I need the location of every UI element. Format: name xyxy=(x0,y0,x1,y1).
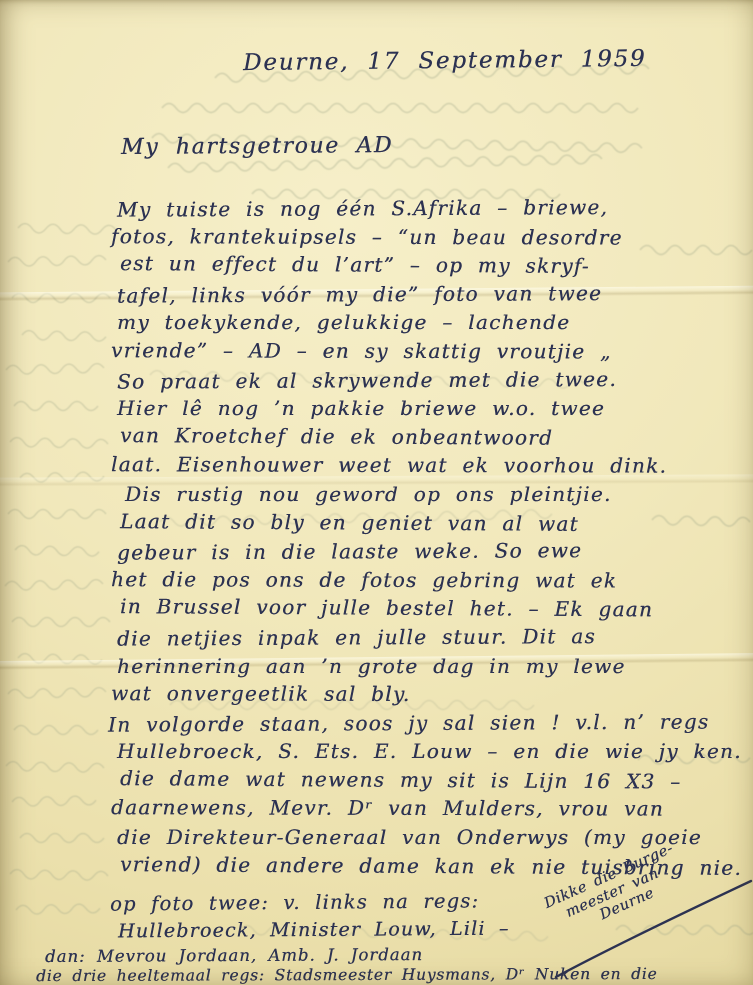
handwriting-line: So praat ek al skrywende met die twee. xyxy=(117,364,742,396)
photo-two-names-line: Hullebroeck, Minister Louw, Lili – xyxy=(118,918,510,943)
handwriting-line: die Direkteur-Generaal van Onderwys (my … xyxy=(117,823,742,852)
handwriting-line: gebeur is in die laaste weke. So ewe xyxy=(117,535,742,567)
handwriting-line: Hier lê nog ’n pakkie briewe w.o. twee xyxy=(117,394,742,423)
photo-two-names-line: dan: Mevrou Jordaan, Amb. J. Jordaan xyxy=(45,945,423,966)
handwriting-line: daarnewens, Mevr. Dʳ van Mulders, vrou v… xyxy=(111,794,742,824)
photo-two-heading: op foto twee: v. links na regs: xyxy=(110,889,479,915)
handwriting-line: herinnering aan ’n grote dag in my lewe xyxy=(117,652,742,681)
handwriting-line: het die pos ons de fotos gebring wat ek xyxy=(111,565,742,595)
letter-salutation: My hartsgetroue AD xyxy=(121,133,393,160)
handwriting-line: fotos, krantekuipsels – “un beau desordr… xyxy=(111,222,742,252)
handwriting-line: van Kroetchef die ek onbeantwoord xyxy=(120,421,742,453)
handwriting-line: est un effect du l’art” – op my skryf- xyxy=(120,249,742,281)
handwriting-line: Dis rustig nou geword op ons pleintjie. xyxy=(125,480,742,509)
handwriting-line: my toekykende, gelukkige – lachende xyxy=(117,308,742,337)
letter-body: My tuiste is nog één S.Afrika – briewe,f… xyxy=(117,194,742,880)
handwriting-line: In volgorde staan, soos jy sal sien ! v.… xyxy=(108,707,742,739)
handwriting-line: die dame wat newens my sit is Lijn 16 X3… xyxy=(120,764,742,796)
handwriting-line: My tuiste is nog één S.Afrika – briewe, xyxy=(117,192,742,224)
letter-page: Deurne, 17 September 1959 My hartsgetrou… xyxy=(0,0,753,985)
handwriting-line: Hullebroeck, S. Ets. E. Louw – en die wi… xyxy=(117,737,742,766)
handwriting-line: Laat dit so bly en geniet van al wat xyxy=(120,507,742,539)
handwriting-line: wat onvergeetlik sal bly. xyxy=(111,679,742,709)
handwriting-line: vriende” – AD – en sy skattig vroutjie „ xyxy=(111,336,742,366)
handwriting-line: tafel, links vóór my die” foto van twee xyxy=(117,278,742,310)
handwriting-line: die netjies inpak en julle stuur. Dit as xyxy=(117,621,742,653)
handwriting-line: laat. Eisenhouwer weet wat ek voorhou di… xyxy=(111,451,742,481)
letter-dateline: Deurne, 17 September 1959 xyxy=(243,46,647,76)
handwriting-line: in Brussel voor julle bestel het. – Ek g… xyxy=(120,592,742,624)
photo-two-names-line: die drie heeltemaal regs: Stadsmeester H… xyxy=(36,965,658,985)
